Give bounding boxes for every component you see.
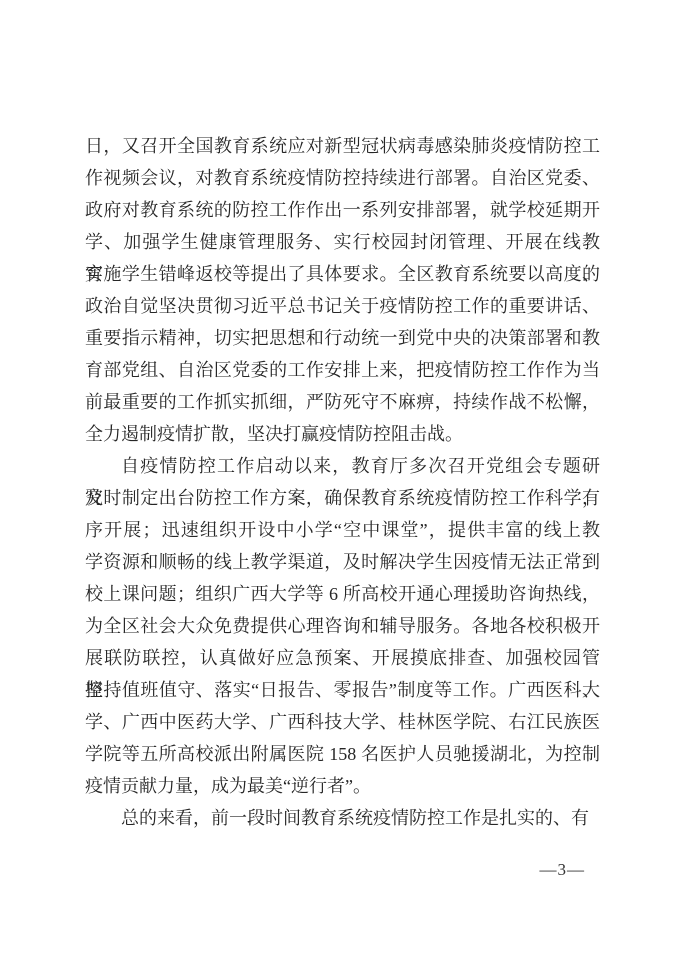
text-line: 学、广西中医药大学、广西科技大学、桂林医学院、右江民族医 [85,706,600,738]
text-line: 学资源和顺畅的线上教学渠道，及时解决学生因疫情无法正常到 [85,546,600,578]
text-line: 重要指示精神，切实把思想和行动统一到党中央的决策部署和教 [85,322,600,354]
text-line: 及时制定出台防控工作方案，确保教育系统疫情防控工作科学有 [85,482,600,514]
text-line: 全力遏制疫情扩散，坚决打赢疫情防控阻击战。 [85,418,600,450]
text-line: 疫情贡献力量，成为最美“逆行者”。 [85,770,600,802]
document-text: 日，又召开全国教育系统应对新型冠状病毒感染肺炎疫情防控工作视频会议，对教育系统疫… [85,130,600,834]
text-line: 序开展；迅速组织开设中小学“空中课堂”，提供丰富的线上教 [85,514,600,546]
text-line: 学、加强学生健康管理服务、实行校园封闭管理、开展在线教育、 [85,226,600,258]
document-page: 日，又召开全国教育系统应对新型冠状病毒感染肺炎疫情防控工作视频会议，对教育系统疫… [0,0,680,961]
text-line: 实施学生错峰返校等提出了具体要求。全区教育系统要以高度的 [85,258,600,290]
text-line: 坚持值班值守、落实“日报告、零报告”制度等工作。广西医科大 [85,674,600,706]
text-line: 政府对教育系统的防控工作作出一系列安排部署，就学校延期开 [85,194,600,226]
text-line: 展联防联控，认真做好应急预案、开展摸底排查、加强校园管控、 [85,642,600,674]
page-number: —3— [540,858,586,882]
text-line: 前最重要的工作抓实抓细，严防死守不麻痹，持续作战不松懈， [85,386,600,418]
text-line: 校上课问题；组织广西大学等 6 所高校开通心理援助咨询热线， [85,578,600,610]
text-line: 日，又召开全国教育系统应对新型冠状病毒感染肺炎疫情防控工 [85,130,600,162]
text-line: 总的来看，前一段时间教育系统疫情防控工作是扎实的、有 [85,802,600,834]
text-line: 为全区社会大众免费提供心理咨询和辅导服务。各地各校积极开 [85,610,600,642]
text-line: 学院等五所高校派出附属医院 158 名医护人员驰援湖北，为控制 [85,738,600,770]
text-line: 作视频会议，对教育系统疫情防控持续进行部署。自治区党委、 [85,162,600,194]
text-line: 政治自觉坚决贯彻习近平总书记关于疫情防控工作的重要讲话、 [85,290,600,322]
text-line: 自疫情防控工作启动以来，教育厅多次召开党组会专题研究， [85,450,600,482]
text-line: 育部党组、自治区党委的工作安排上来，把疫情防控工作作为当 [85,354,600,386]
